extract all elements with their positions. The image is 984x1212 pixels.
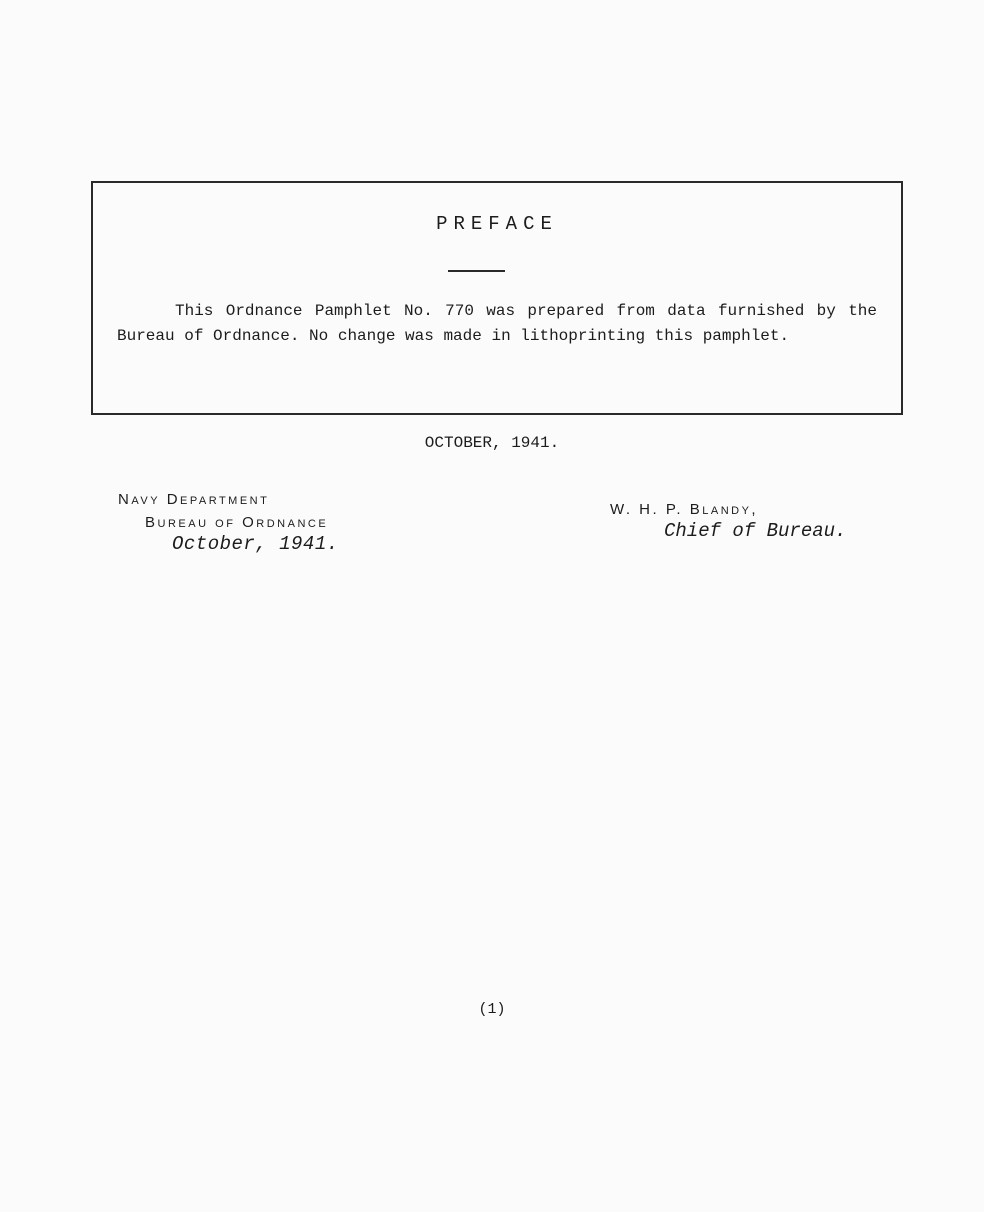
signatory-title: Chief of Bureau. bbox=[664, 520, 846, 542]
title-rule bbox=[448, 270, 505, 272]
preface-box: PREFACE This Ordnance Pamphlet No. 770 w… bbox=[91, 181, 903, 415]
signatory-name: W. H. P. Blandy, bbox=[610, 498, 758, 522]
issuer-date: October, 1941. bbox=[172, 533, 339, 555]
date-line: OCTOBER, 1941. bbox=[0, 434, 984, 452]
page-number: (1) bbox=[0, 1001, 984, 1018]
department-name: Navy Department bbox=[118, 488, 269, 512]
document-page: PREFACE This Ordnance Pamphlet No. 770 w… bbox=[0, 0, 984, 1212]
preface-body: This Ordnance Pamphlet No. 770 was prepa… bbox=[117, 299, 877, 349]
bureau-name: Bureau of Ordnance bbox=[145, 511, 328, 535]
preface-text: This Ordnance Pamphlet No. 770 was prepa… bbox=[117, 302, 877, 345]
preface-title: PREFACE bbox=[93, 213, 901, 235]
